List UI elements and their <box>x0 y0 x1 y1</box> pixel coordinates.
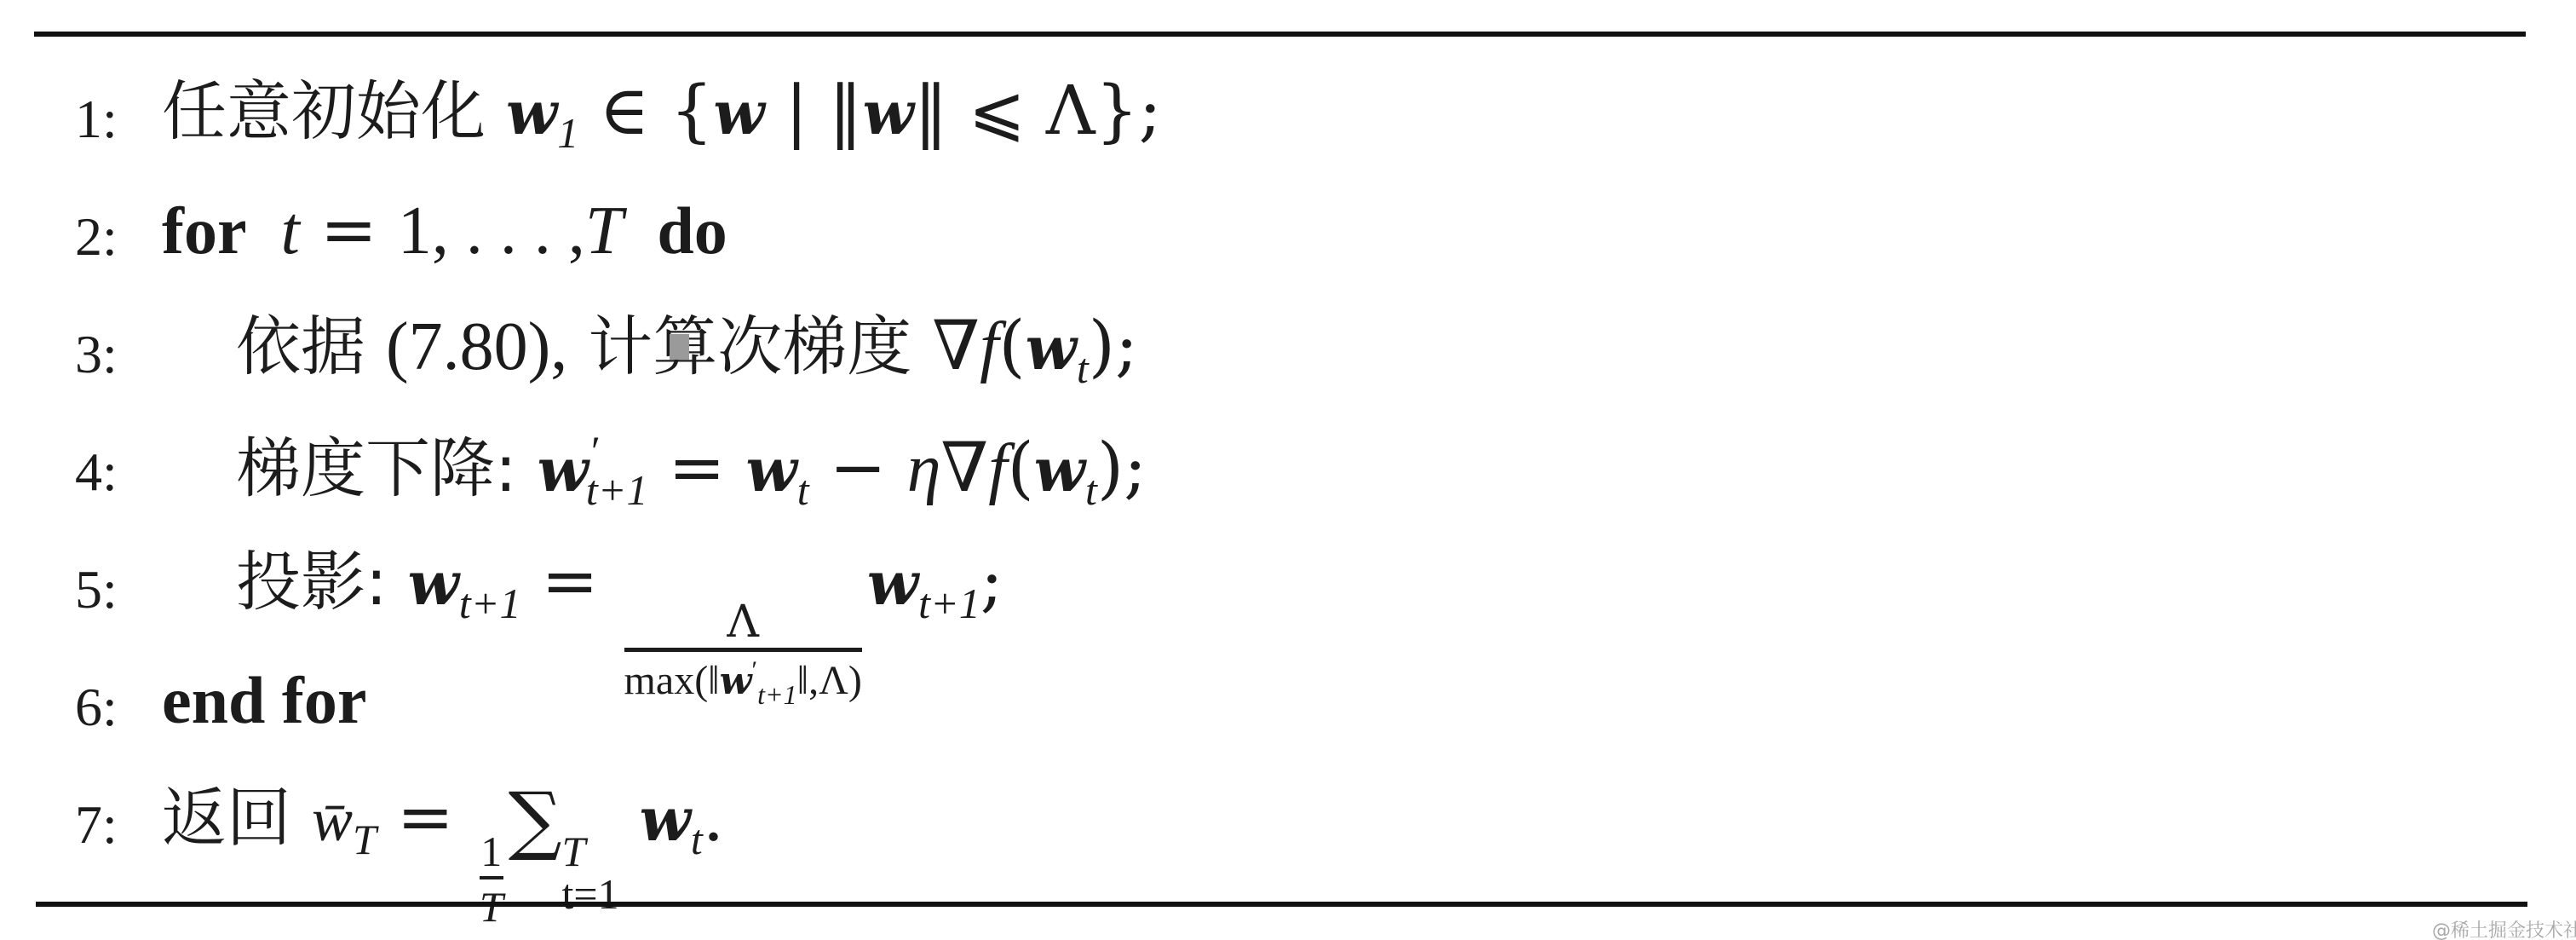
math-w: w <box>713 78 764 148</box>
line-number: 2: <box>75 210 118 264</box>
algorithm-line-6: 6: end for <box>0 670 2470 787</box>
line-content: fort=1, . . . ,Tdo <box>162 196 727 265</box>
line-content: 依据(7.80),计算次梯度∇f(wt); <box>236 312 1138 389</box>
fraction-numerator: Λ <box>727 600 759 648</box>
line-number: 7: <box>75 798 118 852</box>
subgradient-text: 次梯度 <box>717 309 911 384</box>
average-fraction: 1T <box>480 830 503 930</box>
math-sub: T <box>353 816 377 863</box>
keyword-do: do <box>657 193 727 268</box>
gradient-descent-text: 梯度下降: <box>236 430 517 506</box>
math-minus: − <box>830 428 887 507</box>
math-lambda: Λ <box>1046 71 1095 150</box>
equation-ref: (7.80), <box>386 309 567 384</box>
math-semicolon: ; <box>1124 428 1147 507</box>
math-rparen: ) <box>1097 428 1124 507</box>
math-norm: ‖ <box>829 71 863 150</box>
math-eq: = <box>397 777 454 856</box>
sum-symbol: ∑ <box>509 776 562 863</box>
math-sub: 1 <box>557 109 578 157</box>
math-w: w <box>1034 435 1085 505</box>
math-semicolon: ; <box>980 541 1003 620</box>
fraction-numerator: 1 <box>480 830 502 876</box>
math-mid: | <box>785 71 808 150</box>
bottom-rule <box>36 902 2527 907</box>
math-range: 1, . . . , <box>398 193 585 268</box>
math-leq: ⩽ <box>969 71 1026 150</box>
return-text: 返回 <box>162 780 291 856</box>
algorithm-line-4: 4: 梯度下降:w′t+1=wt−η∇f(wt); <box>0 435 2470 552</box>
math-sub: t+1 <box>459 580 521 627</box>
math-w: w <box>1026 313 1077 383</box>
compute-text: 计 <box>588 309 653 384</box>
math-in: ∈ <box>599 71 649 150</box>
algorithm-line-3: 3: 依据(7.80),计算次梯度∇f(wt); <box>0 317 2470 435</box>
init-text: 任意初始化 <box>162 73 486 149</box>
math-sub: t <box>1077 344 1089 392</box>
math-eq: = <box>320 190 377 269</box>
according-text: 依据 <box>236 309 365 384</box>
projection-text: 投影: <box>236 544 388 620</box>
algorithm-line-1: 1: 任意初始化w1∈{w|‖w‖⩽Λ}; <box>0 82 2470 199</box>
math-w: w <box>745 435 796 505</box>
watermark: @稀土掘金技术社区 <box>2432 916 2576 940</box>
math-w: w <box>506 78 557 148</box>
math-w: w <box>640 784 691 855</box>
math-norm: ‖ <box>914 71 948 150</box>
math-sub: t <box>797 466 809 514</box>
math-eq: = <box>542 541 599 620</box>
algorithm-line-2: 2: fort=1, . . . ,Tdo <box>0 199 2470 317</box>
math-eq: = <box>668 428 725 507</box>
line-number: 6: <box>75 680 118 735</box>
math-nabla: ∇ <box>932 306 980 385</box>
math-w-bar: w̄ <box>312 786 353 854</box>
math-rbrace: } <box>1095 71 1139 150</box>
math-f: f <box>988 431 1007 506</box>
math-rparen: ) <box>1089 306 1115 385</box>
math-w: w <box>538 435 589 505</box>
math-sub: t <box>691 816 703 863</box>
math-w: w <box>867 548 918 619</box>
keyword-for: for <box>162 193 247 268</box>
line-number: 5: <box>75 562 118 617</box>
top-rule <box>34 32 2526 37</box>
math-t: t <box>281 193 300 268</box>
math-T: T <box>585 193 624 268</box>
math-w: w <box>863 78 914 148</box>
line-number: 1: <box>75 92 118 147</box>
keyword-end-for: end for <box>162 663 366 737</box>
math-semicolon: ; <box>1115 306 1138 385</box>
math-semicolon: ; <box>1139 71 1162 150</box>
math-sub: t+1 <box>918 580 980 627</box>
line-content: 返回w̄T=1T∑Tt=1wt. <box>162 782 724 930</box>
math-lparen: ( <box>998 306 1025 385</box>
math-f: f <box>980 309 998 384</box>
algorithm-line-7: 7: 返回w̄T=1T∑Tt=1wt. <box>0 787 2470 905</box>
math-lbrace: { <box>670 71 713 150</box>
math-lparen: ( <box>1007 428 1033 507</box>
sum-upper: T <box>562 830 619 873</box>
line-content: end for <box>162 666 366 735</box>
line-number: 3: <box>75 327 118 382</box>
math-eta: η <box>907 431 941 506</box>
algorithm-line-5: 5: 投影:wt+1=Λmax(‖w′t+1‖,Λ)wt+1; <box>0 552 2470 670</box>
math-nabla: ∇ <box>940 428 988 507</box>
line-number: 4: <box>75 445 118 499</box>
line-content: 梯度下降:w′t+1=wt−η∇f(wt); <box>236 430 1147 511</box>
compute-text-occluded: 算 <box>653 314 717 379</box>
math-period: . <box>703 777 724 856</box>
math-sub: t <box>1085 466 1097 514</box>
math-sub: t+1 <box>586 466 648 514</box>
math-w: w <box>408 548 459 619</box>
sum-lower: t=1 <box>562 873 619 915</box>
line-content: 任意初始化w1∈{w|‖w‖⩽Λ}; <box>162 77 1162 154</box>
